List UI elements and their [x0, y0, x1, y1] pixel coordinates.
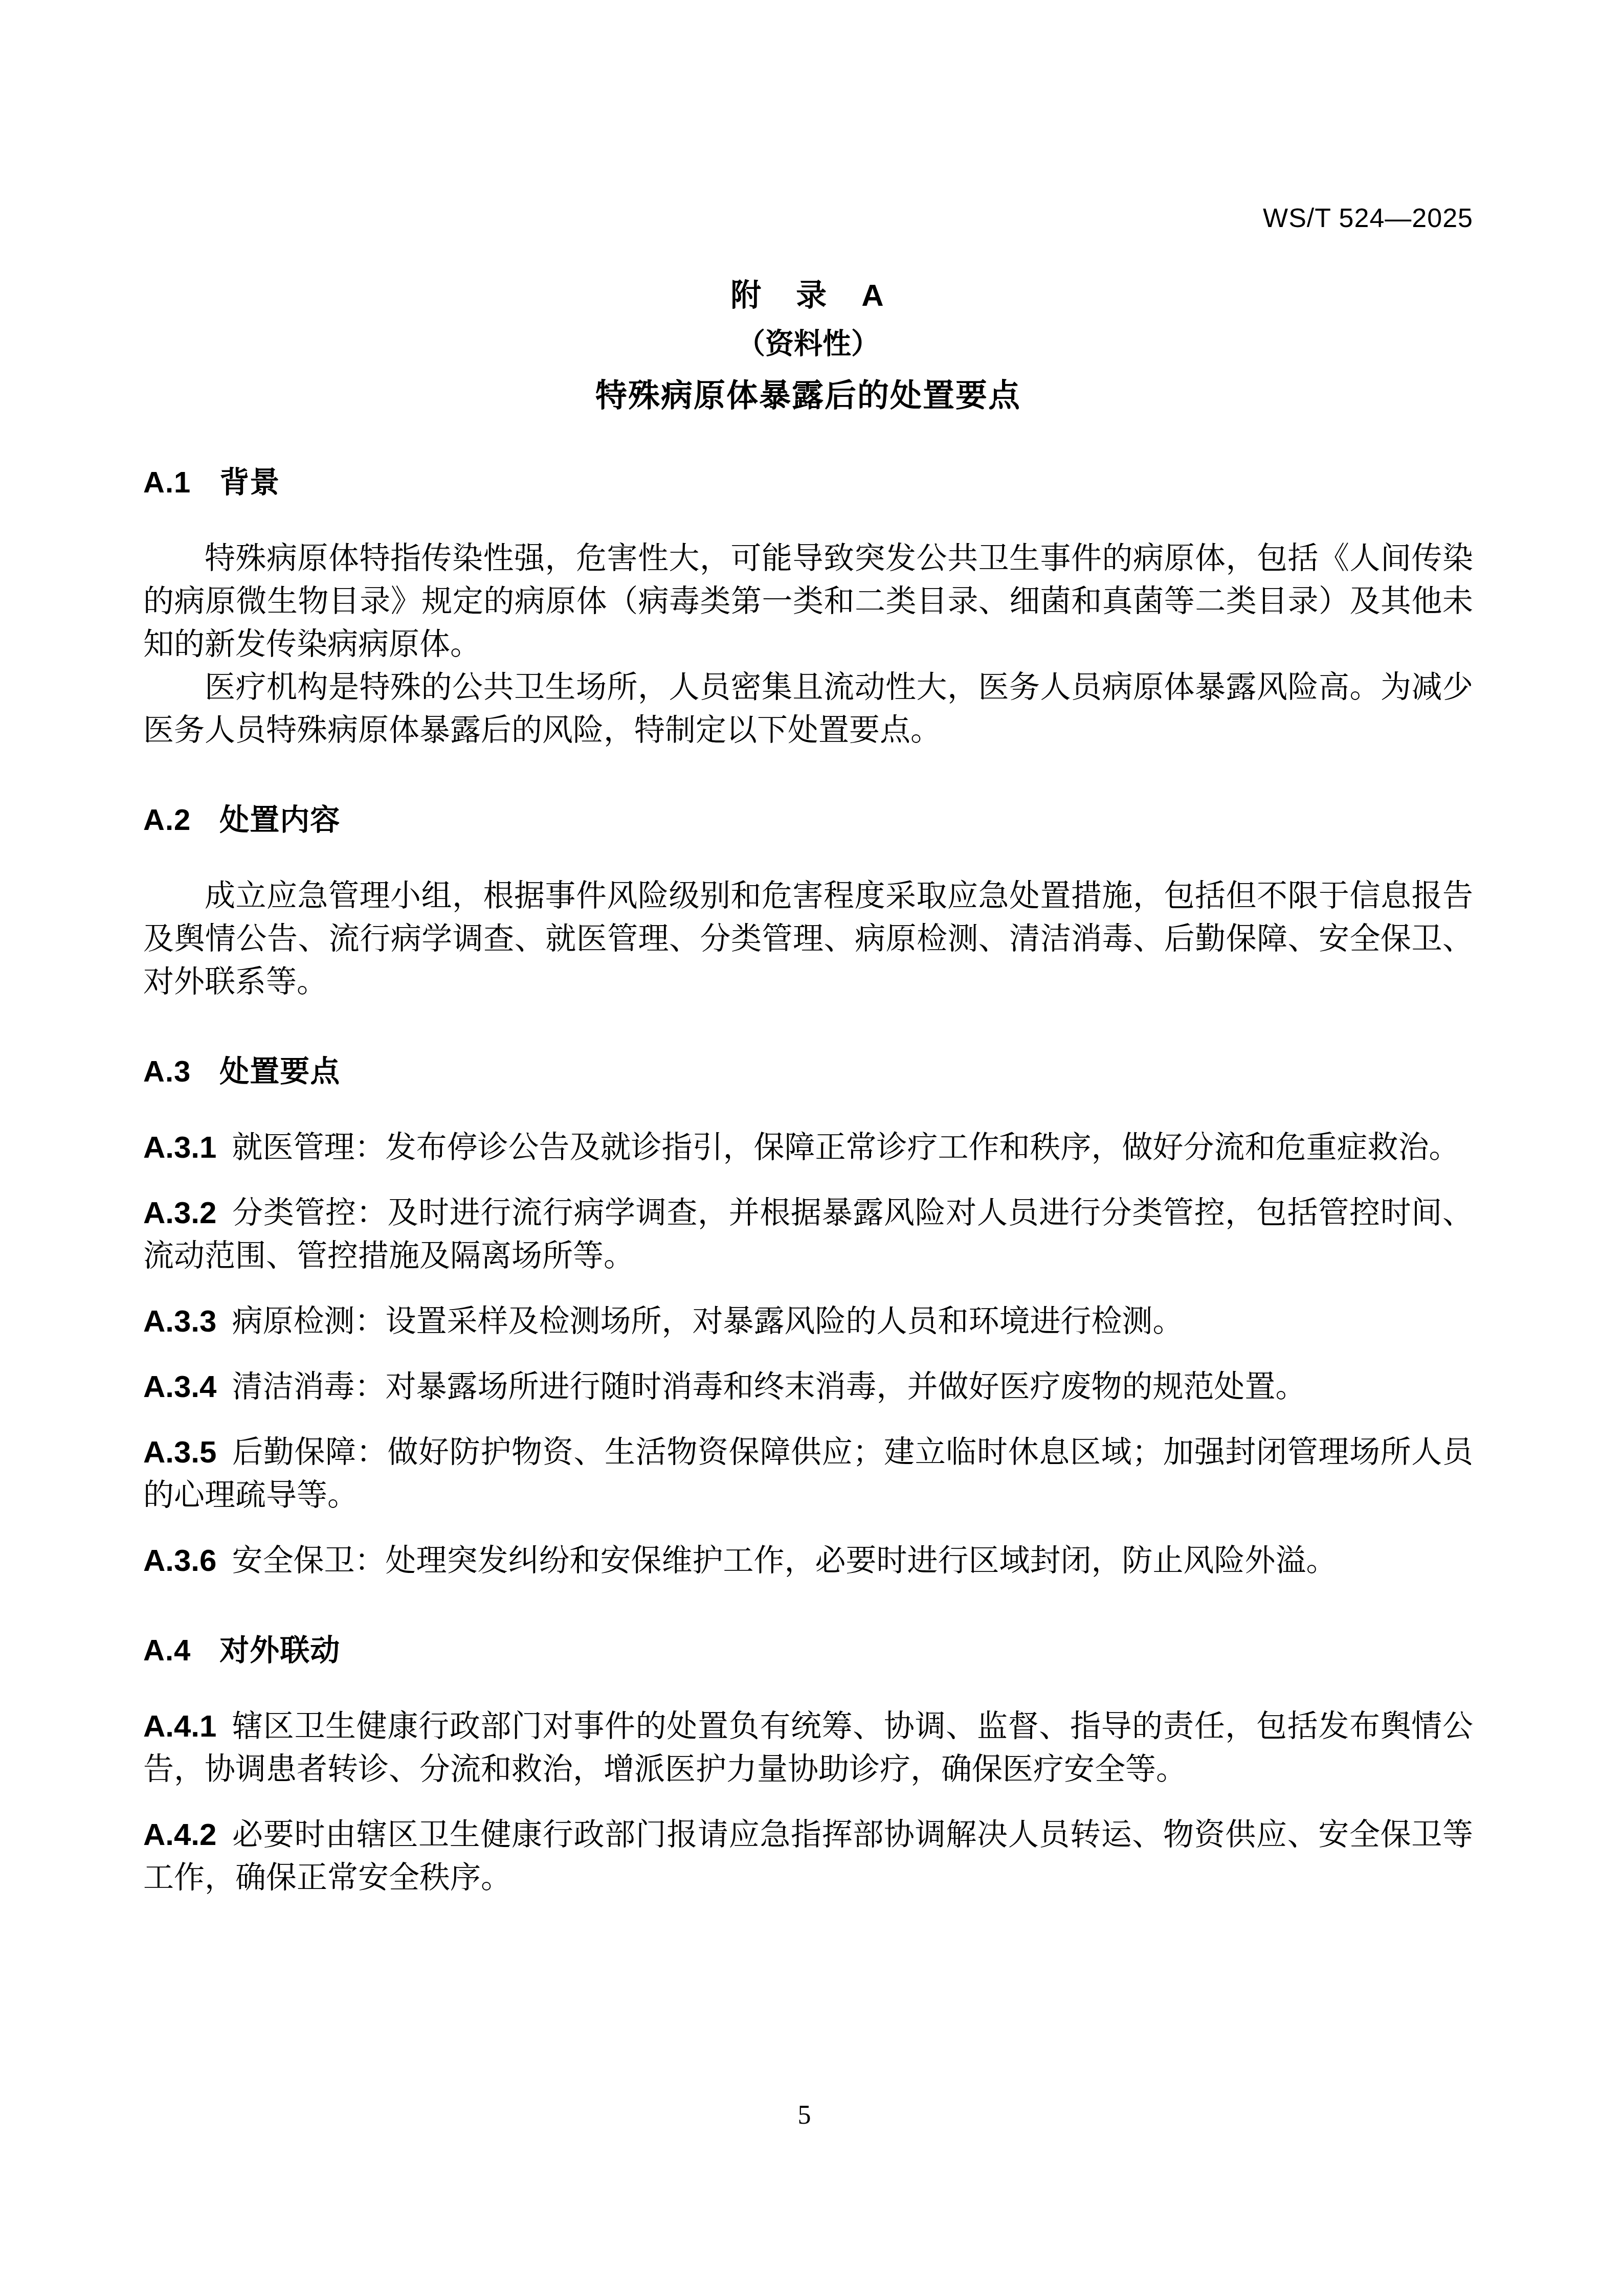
clause-text: 病原检测：设置采样及检测场所，对暴露风险的人员和环境进行检测。 [232, 1304, 1183, 1338]
section-title: 处置内容 [219, 803, 340, 837]
section-number: A.4 [143, 1634, 191, 1667]
page-number: 5 [798, 2101, 811, 2130]
clause-a4-1: A.4.1辖区卫生健康行政部门对事件的处置负有统筹、协调、监督、指导的责任，包括… [143, 1705, 1473, 1791]
body-paragraph: 成立应急管理小组，根据事件风险级别和危害程度采取应急处置措施，包括但不限于信息报… [143, 874, 1473, 1003]
clause-number: A.3.2 [143, 1196, 216, 1230]
document-page: WS/T 524—2025 附 录 A （资料性） 特殊病原体暴露后的处置要点 … [0, 0, 1624, 2296]
clause-text: 安全保卫：处理突发纠纷和安保维护工作，必要时进行区域封闭，防止风险外溢。 [232, 1544, 1337, 1578]
body-paragraph: 医疗机构是特殊的公共卫生场所，人员密集且流动性大，医务人员病原体暴露风险高。为减… [143, 666, 1473, 752]
clause-number: A.4.2 [143, 1817, 216, 1852]
section-heading-a4: A.4对外联动 [143, 1633, 1473, 1668]
clause-a3-6: A.3.6安全保卫：处理突发纠纷和安保维护工作，必要时进行区域封闭，防止风险外溢… [143, 1539, 1473, 1582]
clause-text: 辖区卫生健康行政部门对事件的处置负有统筹、协调、监督、指导的责任，包括发布舆情公… [143, 1709, 1473, 1786]
clause-number: A.3.6 [143, 1543, 216, 1578]
clause-text: 分类管控：及时进行流行病学调查，并根据暴露风险对人员进行分类管控，包括管控时间、… [143, 1196, 1473, 1273]
clause-text: 就医管理：发布停诊公告及就诊指引，保障正常诊疗工作和秩序，做好分流和危重症救治。 [232, 1131, 1459, 1164]
clause-number: A.4.1 [143, 1709, 216, 1743]
clause-text: 必要时由辖区卫生健康行政部门报请应急指挥部协调解决人员转运、物资供应、安全保卫等… [143, 1818, 1473, 1895]
section-title: 处置要点 [219, 1055, 340, 1088]
clause-number: A.3.3 [143, 1304, 216, 1338]
clause-a3-2: A.3.2分类管控：及时进行流行病学调查，并根据暴露风险对人员进行分类管控，包括… [143, 1191, 1473, 1277]
clause-number: A.3.5 [143, 1435, 216, 1469]
section-title: 背景 [219, 466, 280, 499]
standard-code: WS/T 524—2025 [1263, 204, 1473, 233]
section-title: 对外联动 [219, 1634, 340, 1667]
appendix-heading-block: 附 录 A （资料性） 特殊病原体暴露后的处置要点 [143, 278, 1473, 414]
clause-number: A.3.1 [143, 1130, 216, 1164]
section-heading-a2: A.2处置内容 [143, 803, 1473, 838]
appendix-title: 特殊病原体暴露后的处置要点 [143, 378, 1473, 414]
clause-text: 清洁消毒：对暴露场所进行随时消毒和终末消毒，并做好医疗废物的规范处置。 [232, 1370, 1306, 1404]
clause-text: 后勤保障：做好防护物资、生活物资保障供应；建立临时休息区域；加强封闭管理场所人员… [143, 1435, 1473, 1512]
appendix-informative-note: （资料性） [143, 327, 1473, 360]
clause-a3-4: A.3.4清洁消毒：对暴露场所进行随时消毒和终末消毒，并做好医疗废物的规范处置。 [143, 1365, 1473, 1408]
clause-number: A.3.4 [143, 1369, 216, 1404]
appendix-label: 附 录 A [143, 278, 1473, 313]
clause-a3-1: A.3.1就医管理：发布停诊公告及就诊指引，保障正常诊疗工作和秩序，做好分流和危… [143, 1126, 1473, 1169]
page-footer: 5 [0, 2101, 1609, 2130]
clause-a4-2: A.4.2必要时由辖区卫生健康行政部门报请应急指挥部协调解决人员转运、物资供应、… [143, 1813, 1473, 1899]
section-heading-a1: A.1背景 [143, 465, 1473, 500]
section-heading-a3: A.3处置要点 [143, 1054, 1473, 1089]
clause-a3-3: A.3.3病原检测：设置采样及检测场所，对暴露风险的人员和环境进行检测。 [143, 1300, 1473, 1343]
section-number: A.2 [143, 803, 191, 837]
page-header: WS/T 524—2025 [143, 0, 1473, 233]
section-number: A.1 [143, 466, 191, 499]
body-paragraph: 特殊病原体特指传染性强，危害性大，可能导致突发公共卫生事件的病原体，包括《人间传… [143, 537, 1473, 666]
clause-a3-5: A.3.5后勤保障：做好防护物资、生活物资保障供应；建立临时休息区域；加强封闭管… [143, 1431, 1473, 1517]
section-number: A.3 [143, 1055, 191, 1088]
